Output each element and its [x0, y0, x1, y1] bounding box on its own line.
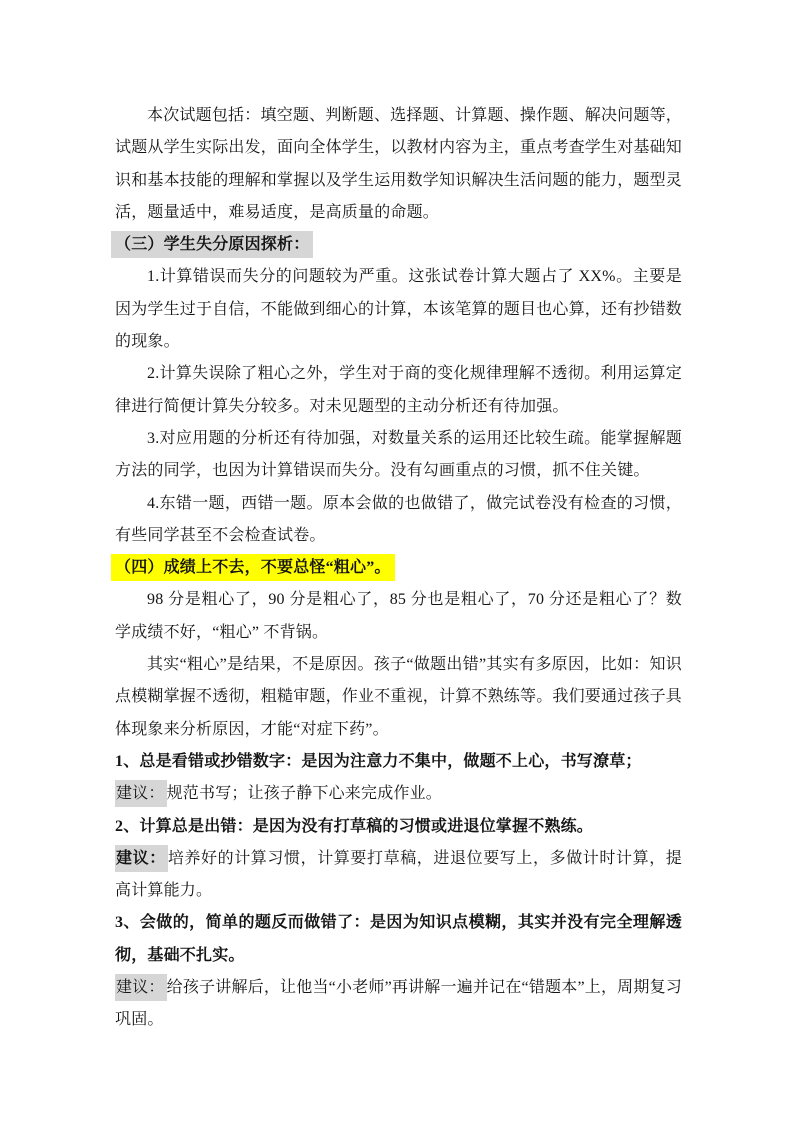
issue-2-advice-text: 培养好的计算习惯，计算要打草稿，进退位要写上，多做计时计算，提高计算能力。: [115, 850, 682, 899]
issue-2-title: 2、计算总是出错：是因为没有打草稿的习惯或进退位掌握不熟练。: [115, 811, 682, 843]
paragraph-reason-1: 1.计算错误而失分的问题较为严重。这张试卷计算大题占了 XX%。主要是因为学生过…: [115, 261, 682, 358]
section-4-heading-highlight: （四）成绩上不去，不要总怪“粗心”。: [111, 554, 395, 581]
section-3-heading-line: （三）学生失分原因探析：: [115, 229, 682, 261]
issue-1-title: 1、总是看错或抄错数字：是因为注意力不集中，做题不上心，书写潦草；: [115, 746, 682, 778]
paragraph-cause-analysis: 其实“粗心”是结果，不是原因。孩子“做题出错”其实有多原因，比如：知识点模糊掌握…: [115, 649, 682, 746]
issue-3-advice-line: 建议：给孩子讲解后，让他当“小老师”再讲解一遍并记在“错题本”上，周期复习巩固。: [115, 972, 682, 1037]
issue-3-advice-label: 建议：: [115, 974, 167, 1001]
paragraph-reason-3: 3.对应用题的分析还有待加强，对数量关系的运用还比较生疏。能掌握解题方法的同学，…: [115, 423, 682, 488]
document-content: 本次试题包括：填空题、判断题、选择题、计算题、操作题、解决问题等，试题从学生实际…: [115, 100, 682, 1037]
issue-1-advice-line: 建议：规范书写；让孩子静下心来完成作业。: [115, 778, 682, 810]
paragraph-reason-2: 2.计算失误除了粗心之外，学生对于商的变化规律理解不透彻。利用运算定律进行简便计…: [115, 358, 682, 423]
paragraph-scores: 98 分是粗心了，90 分是粗心了，85 分也是粗心了，70 分还是粗心了？数学…: [115, 584, 682, 649]
paragraph-reason-4: 4.东错一题，西错一题。原本会做的也做错了，做完试卷没有检查的习惯，有些同学甚至…: [115, 488, 682, 553]
section-4-heading-line: （四）成绩上不去，不要总怪“粗心”。: [115, 552, 682, 584]
issue-2-advice-line: 建议：培养好的计算习惯，计算要打草稿，进退位要写上，多做计时计算，提高计算能力。: [115, 843, 682, 908]
section-3-heading-highlight: （三）学生失分原因探析：: [111, 231, 313, 258]
issue-3-title: 3、会做的，简单的题反而做错了：是因为知识点模糊，其实并没有完全理解透彻，基础不…: [115, 907, 682, 972]
issue-3-advice-text: 给孩子讲解后，让他当“小老师”再讲解一遍并记在“错题本”上，周期复习巩固。: [115, 979, 682, 1028]
issue-2-advice-label: 建议：: [115, 845, 168, 872]
issue-1-advice-text: 规范书写；让孩子静下心来完成作业。: [167, 785, 442, 802]
issue-1-advice-label: 建议：: [115, 780, 167, 807]
document-page: 本次试题包括：填空题、判断题、选择题、计算题、操作题、解决问题等，试题从学生实际…: [0, 0, 793, 1122]
paragraph-exam-overview: 本次试题包括：填空题、判断题、选择题、计算题、操作题、解决问题等，试题从学生实际…: [115, 100, 682, 229]
